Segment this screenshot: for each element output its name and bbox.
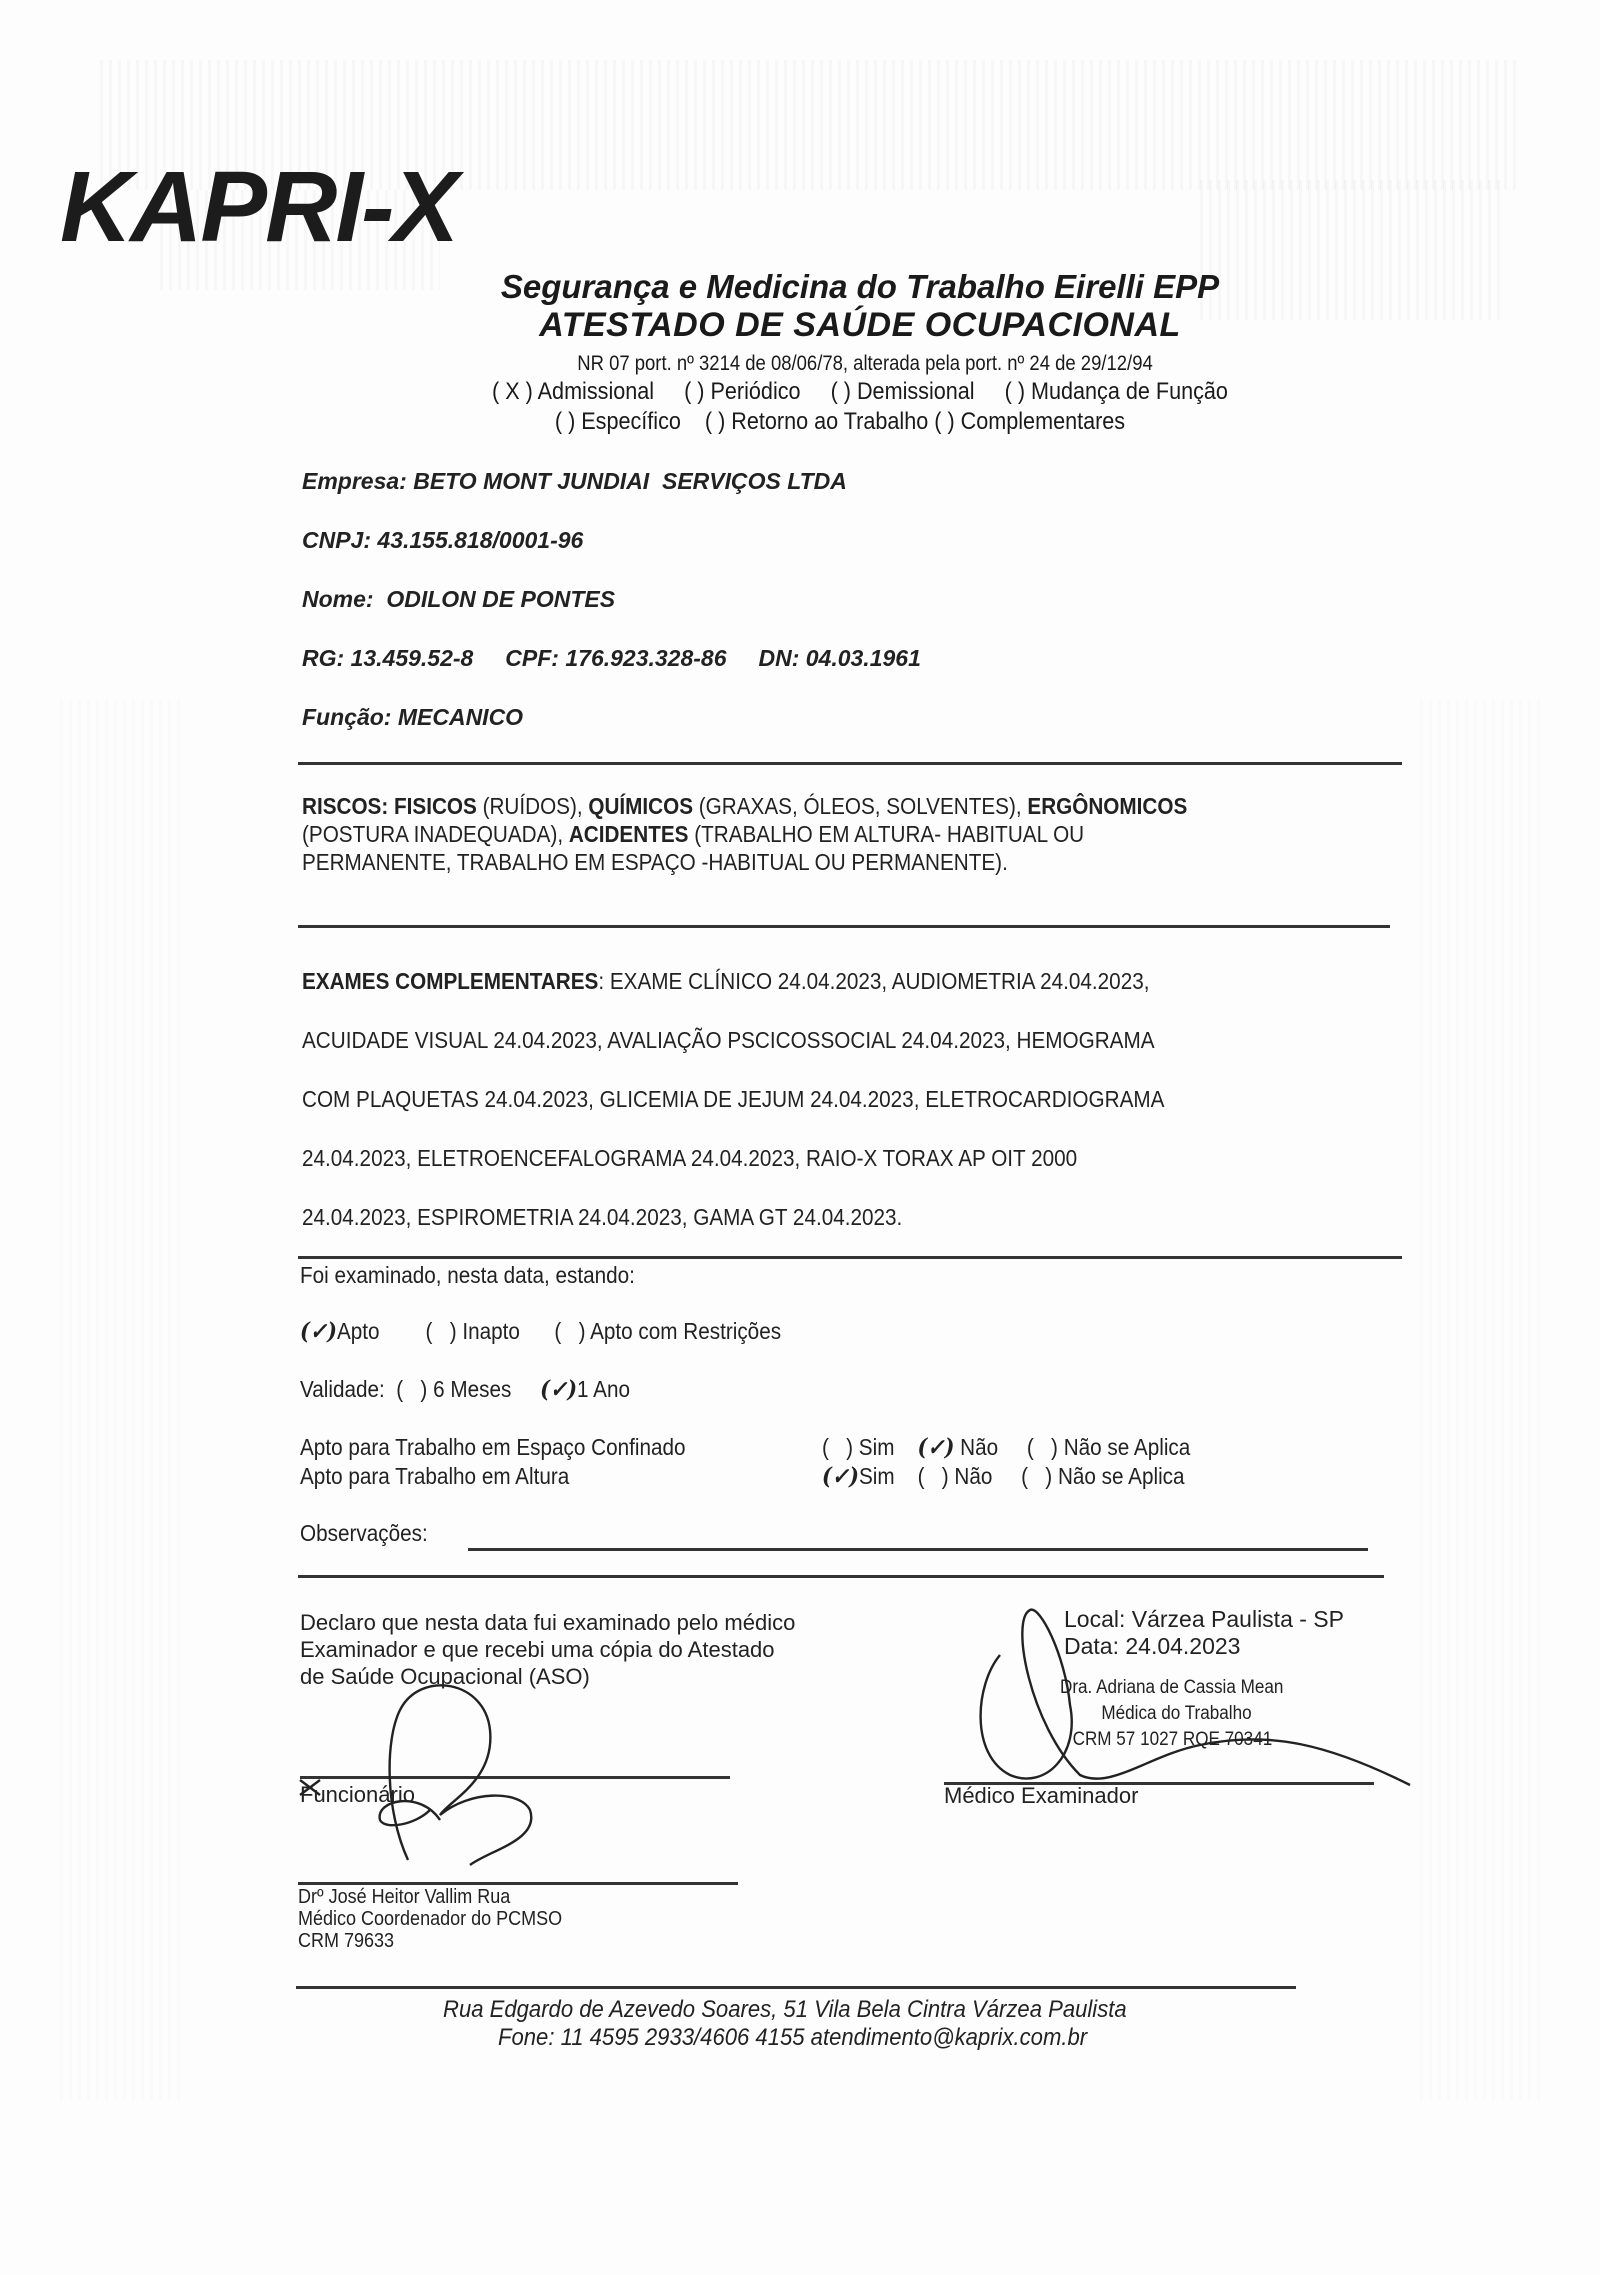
nome-field: Nome: ODILON DE PONTES [302, 586, 615, 613]
validity-1-ano-checkbox[interactable]: (✓)1 Ano [540, 1376, 630, 1402]
documents-field: RG: 13.459.52-8 CPF: 176.923.328-86 DN: … [302, 645, 921, 672]
cnpj-value: 43.155.818/0001-96 [377, 527, 583, 553]
company-logo: KAPRI-X [60, 150, 457, 265]
exam-type-mudanca-funcao[interactable]: ( ) Mudança de Função [1005, 378, 1228, 405]
exams-line-2: ACUIDADE VISUAL 24.04.2023, AVALIAÇÃO PS… [302, 1027, 1155, 1054]
status-apto-checkbox[interactable]: (✓)Apto [300, 1318, 380, 1344]
height-nao-checkbox[interactable]: ( ) Não [918, 1463, 993, 1489]
cnpj-field: CNPJ: 43.155.818/0001-96 [302, 527, 583, 554]
scan-bleed-texture [1420, 700, 1540, 2100]
confined-sim-checkbox[interactable]: ( ) Sim [822, 1434, 894, 1460]
risks-label: RISCOS: [302, 793, 388, 819]
company-subtitle: Segurança e Medicina do Trabalho Eirelli… [60, 268, 1600, 306]
status-apto-restricoes-checkbox[interactable]: ( ) Apto com Restrições [554, 1318, 781, 1344]
exam-types-row-2: ( ) Específico ( ) Retorno ao Trabalho (… [120, 408, 1560, 436]
cpf-value: 176.923.328-86 [565, 645, 726, 671]
footer-address: Rua Edgardo de Azevedo Soares, 51 Vila B… [443, 1996, 1127, 2024]
funcao-label: Função: [302, 704, 391, 730]
height-nao-se-aplica-checkbox[interactable]: ( ) Não se Aplica [1021, 1463, 1184, 1489]
validity-label: Validade: [300, 1376, 385, 1402]
exam-result-intro: Foi examinado, nesta data, estando: [300, 1262, 635, 1289]
divider [298, 1256, 1402, 1259]
observations-line-2[interactable] [298, 1575, 1384, 1578]
status-options: (✓)Apto ( ) Inapto ( ) Apto com Restriçõ… [300, 1318, 781, 1345]
validity-options: Validade: ( ) 6 Meses (✓)1 Ano [300, 1376, 630, 1403]
confined-space-options: ( ) Sim (✓) Não ( ) Não se Aplica [822, 1434, 1190, 1461]
exam-types-row-1: ( X ) Admissional ( ) Periódico ( ) Demi… [140, 378, 1580, 406]
confined-nao-se-aplica-checkbox[interactable]: ( ) Não se Aplica [1027, 1434, 1190, 1460]
dn-value: 04.03.1961 [806, 645, 921, 671]
rg-value: 13.459.52-8 [351, 645, 474, 671]
examiner-signature [970, 1595, 1430, 1795]
funcao-field: Função: MECANICO [302, 704, 523, 731]
funcao-value: MECANICO [398, 704, 523, 730]
exam-type-admissional[interactable]: ( X ) Admissional [492, 378, 654, 405]
exams-line-3: COM PLAQUETAS 24.04.2023, GLICEMIA DE JE… [302, 1086, 1164, 1113]
risks-text: FISICOS (RUÍDOS), QUÍMICOS (GRAXAS, ÓLEO… [394, 793, 1187, 819]
empresa-label: Empresa: [302, 468, 407, 494]
employee-signature [290, 1650, 610, 1870]
status-inapto-checkbox[interactable]: ( ) Inapto [426, 1318, 520, 1344]
observations-label: Observações: [300, 1520, 428, 1547]
coordinator-name: Drº José Heitor Vallim Rua [298, 1886, 562, 1908]
exam-type-periodico[interactable]: ( ) Periódico [684, 378, 800, 405]
exam-type-especifico[interactable]: ( ) Específico [555, 408, 681, 435]
validity-6-meses-checkbox[interactable]: ( ) 6 Meses [396, 1376, 511, 1402]
cnpj-label: CNPJ: [302, 527, 371, 553]
dn-label: DN: [758, 645, 799, 671]
exam-type-complementares[interactable]: ( ) Complementares [934, 408, 1125, 435]
rg-label: RG: [302, 645, 344, 671]
cpf-label: CPF: [505, 645, 559, 671]
scan-bleed-texture [60, 700, 180, 2100]
risks-line-2: (POSTURA INADEQUADA), ACIDENTES (TRABALH… [302, 821, 1084, 848]
nome-value: ODILON DE PONTES [386, 586, 615, 612]
empresa-field: Empresa: BETO MONT JUNDIAI SERVIÇOS LTDA [302, 468, 847, 495]
nome-label: Nome: [302, 586, 374, 612]
regulation-reference: NR 07 port. nº 3214 de 08/06/78, alterad… [161, 352, 1569, 376]
coordinator-info: Drº José Heitor Vallim Rua Médico Coorde… [298, 1886, 562, 1952]
divider [298, 762, 1402, 765]
document-title: ATESTADO DE SAÚDE OCUPACIONAL [60, 306, 1600, 345]
empresa-value: BETO MONT JUNDIAI SERVIÇOS LTDA [413, 468, 847, 494]
height-work-label: Apto para Trabalho em Altura [300, 1463, 569, 1490]
exams-line-4: 24.04.2023, ELETROENCEFALOGRAMA 24.04.20… [302, 1145, 1077, 1172]
exams-line-5: 24.04.2023, ESPIROMETRIA 24.04.2023, GAM… [302, 1204, 902, 1231]
footer-divider [296, 1986, 1296, 1989]
coordinator-crm: CRM 79633 [298, 1930, 562, 1952]
observations-line-1[interactable] [468, 1548, 1368, 1551]
confined-space-label: Apto para Trabalho em Espaço Confinado [300, 1434, 686, 1461]
coordinator-role: Médico Coordenador do PCMSO [298, 1908, 562, 1930]
confined-nao-checkbox[interactable]: (✓) Não [917, 1434, 998, 1460]
height-sim-checkbox[interactable]: (✓)Sim [822, 1463, 895, 1489]
risks-line-1: RISCOS: FISICOS (RUÍDOS), QUÍMICOS (GRAX… [302, 793, 1187, 820]
exam-type-demissional[interactable]: ( ) Demissional [831, 378, 975, 405]
exams-line-1: EXAMES COMPLEMENTARES: EXAME CLÍNICO 24.… [302, 968, 1149, 995]
exam-type-retorno-trabalho[interactable]: ( ) Retorno ao Trabalho [705, 408, 928, 435]
coordinator-signature-line [298, 1882, 738, 1885]
footer-contact: Fone: 11 4595 2933/4606 4155 atendimento… [498, 2024, 1087, 2052]
risks-line-3: PERMANENTE, TRABALHO EM ESPAÇO -HABITUAL… [302, 849, 1008, 876]
divider [298, 925, 1390, 928]
exams-label: EXAMES COMPLEMENTARES [302, 968, 598, 994]
height-work-options: (✓)Sim ( ) Não ( ) Não se Aplica [822, 1463, 1185, 1490]
